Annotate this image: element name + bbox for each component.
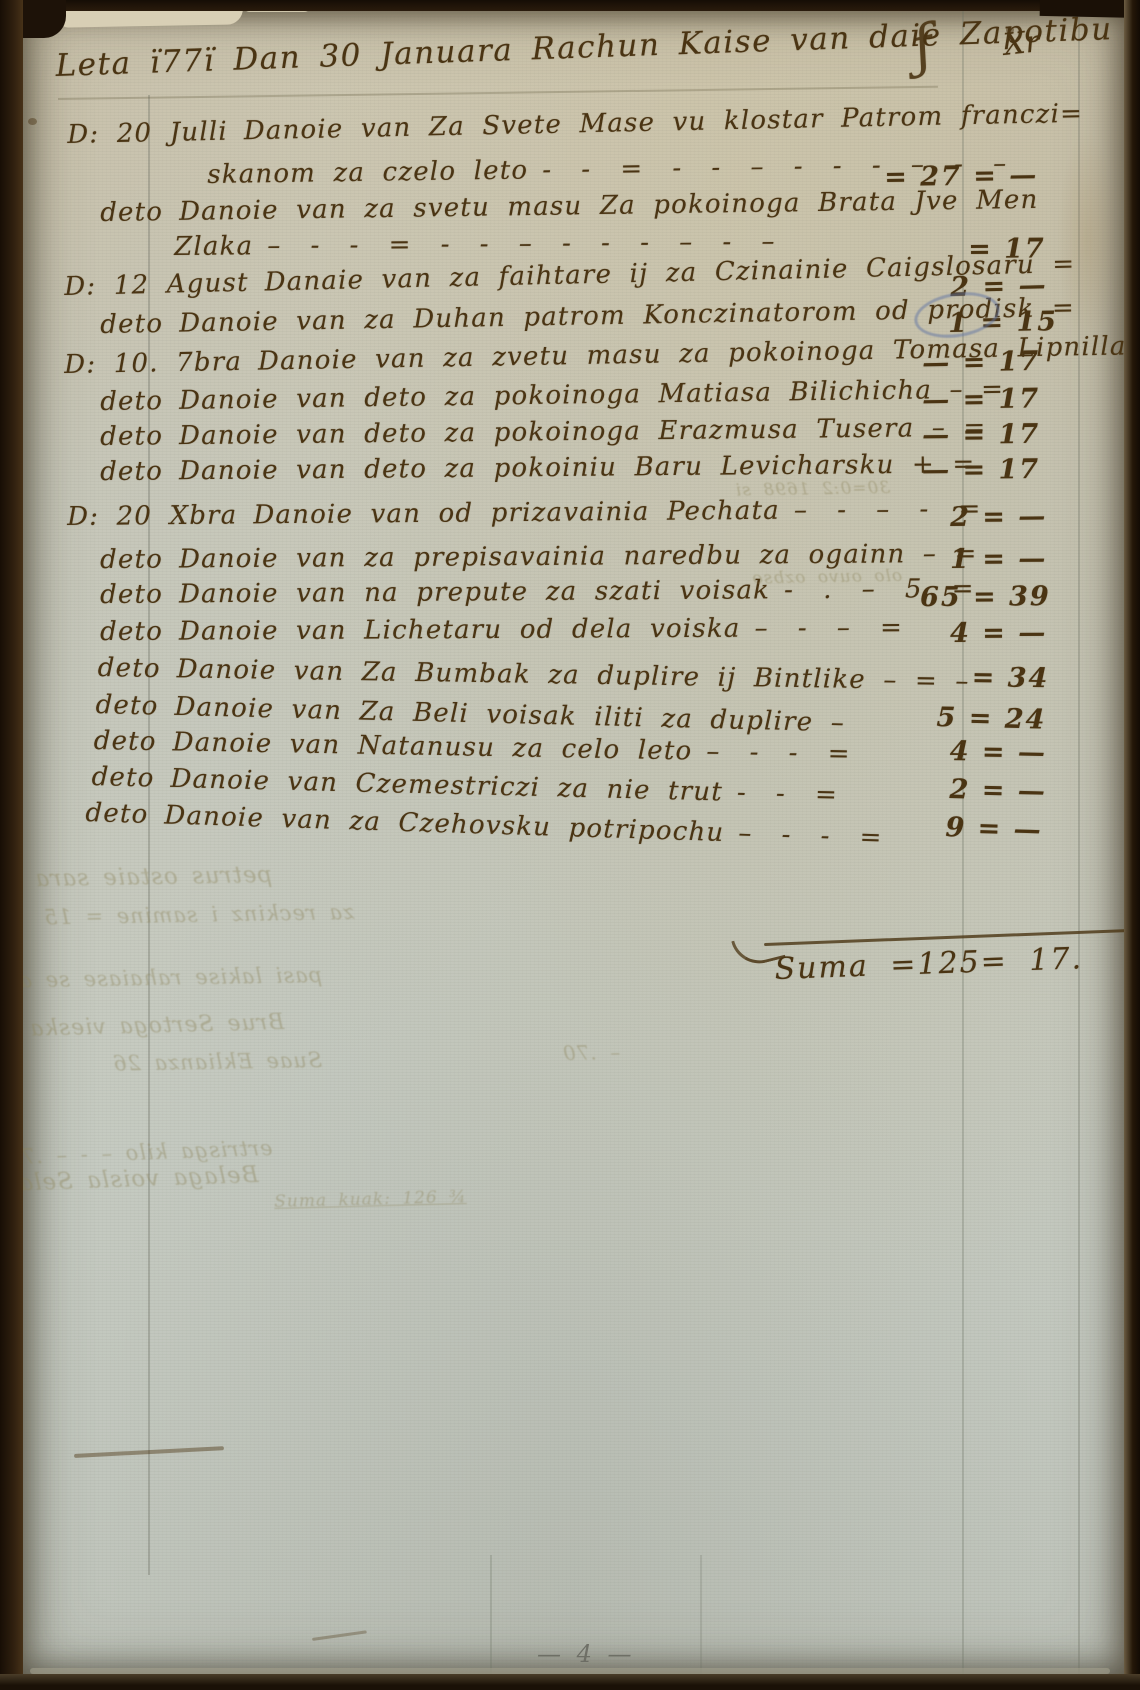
entry-amount: — = 17 (922, 419, 1040, 451)
entry-date: deto (91, 762, 155, 794)
ghost-bleedthrough-text: olo ouvo ozbso (751, 566, 902, 589)
ledger-entries: D: 20 JulliDanoie van Za Svete Mase vu k… (22, 10, 1126, 1676)
entry-text: Danoie van deto za pokoinoga Erazmusa Tu… (179, 413, 987, 451)
entry-text: Danoie van na prepute za szati voisak (179, 575, 770, 609)
entry-date: D: 20 Xbra (67, 501, 238, 532)
manuscript-scan: Leta ï77ï Dan 30 Januara Rachun Kaise va… (0, 0, 1140, 1690)
ledger-line: detoDanoie van za svetu masu Za pokoinog… (100, 185, 1039, 228)
entry-date: deto (100, 197, 163, 228)
ledger-line: D: 20 JulliDanoie van Za Svete Mase vu k… (67, 99, 1083, 150)
entry-text: Danoie van za Czehovsku potripochu (164, 800, 725, 848)
entry-text: Danoie van Za Bumbak za duplire ij Bintl… (176, 654, 969, 696)
entry-amount: 4 = — (949, 736, 1047, 769)
entry-date: deto (85, 798, 149, 830)
ledger-line: D: 20 XbraDanoie van od prizavainia Pech… (67, 494, 987, 532)
page-edge-bottom (0, 1674, 1140, 1690)
entry-date: deto (100, 421, 163, 452)
entry-amount: 1 = — (950, 543, 1047, 575)
entry-amount: — = 17 (922, 383, 1040, 416)
sum-label: Suma (774, 949, 869, 987)
entry-date: deto (100, 617, 163, 647)
entry-date: deto (100, 386, 163, 417)
entry-date: deto (100, 456, 163, 487)
entry-amount: 65 = 39 (920, 581, 1051, 613)
entry-date: deto (93, 726, 156, 757)
entry-text: Danoie van Za Svete Mase vu klostar Patr… (244, 99, 1084, 147)
ledger-line: detoDanoie van deto za pokoinoga Erazmus… (100, 413, 987, 452)
entry-dashes: – - – = (754, 613, 909, 644)
entry-text: Danoie van od prizavainia Pechata (253, 496, 780, 531)
entry-text: Danoie van Lichetaru od dela voiska (179, 614, 741, 647)
ledger-line: detoDanoie van Za Bumbak za duplire ij B… (98, 653, 970, 697)
entry-text: Danoie van za svetu masu Za pokoinoga Br… (179, 185, 1039, 227)
entry-date: deto (100, 580, 163, 610)
entry-date: D: 10. 7bra (64, 347, 242, 380)
entry-amount: 9 = — (945, 812, 1043, 846)
entry-dashes: – - - = - - – - - - – - – (267, 227, 781, 261)
entry-dashes: - - = (737, 778, 845, 811)
ghost-bleedthrough-text: za reckinz i samine = 15 (43, 900, 355, 929)
entry-amount: 5 = 24 (936, 702, 1047, 736)
entry-amount: 2 = — (950, 501, 1047, 533)
ghost-bleedthrough-text: Suma kuak: 126 ¾ (274, 1187, 467, 1212)
entry-dashes: – - - = (706, 737, 857, 770)
entry-text: Danoie van Czemestriczi za nie trut (170, 764, 723, 807)
ghost-bleedthrough-text: – .70 (562, 1040, 621, 1065)
ghost-bleedthrough-text: 30=0:2 1698 si (735, 478, 891, 501)
entry-text: skanom za czelo leto (207, 156, 528, 190)
entry-text: Zlaka (174, 231, 253, 262)
ghost-bleedthrough-text: Brue Sertoga vieska ni Eknoga kuak. 44i (22, 1010, 285, 1049)
entry-date: deto (100, 545, 163, 575)
page-number: — 4 — (537, 1640, 636, 1668)
entry-amount: 2 = — (949, 774, 1047, 807)
ghost-bleedthrough-text: pasi lakise rahaiase se a rosila ministr… (22, 963, 322, 995)
ghost-bleedthrough-text: petrus ostaie sara ii klaise va fakeri g… (22, 862, 272, 898)
ghost-bleedthrough-text: Belaga voisla Selanoga kuak . 6 ¾ (22, 1162, 259, 1204)
page-edge-right (1124, 0, 1140, 1690)
entry-amount: 4 = — (950, 617, 1047, 649)
entry-date: deto (95, 690, 159, 722)
entry-text: Danoie van deto za pokoinoga Matiasa Bil… (179, 374, 1004, 416)
ledger-line: detoDanoie van Lichetaru od dela voiska–… (100, 613, 909, 647)
paper-page: Leta ï77ï Dan 30 Januara Rachun Kaise va… (22, 10, 1126, 1676)
ledger-line: Zlaka– - - = - - – - - - – - – (174, 227, 782, 262)
entry-date: deto (98, 653, 161, 684)
entry-dashes: – - - = (738, 819, 889, 854)
entry-amount: = 34 (972, 662, 1050, 694)
page-edge-left (0, 0, 23, 1690)
ledger-line: detoDanoie van deto za pokoinoga Matiasa… (100, 374, 1004, 417)
entry-text: Danoie van Natanusu za celo leto (172, 727, 692, 766)
entry-date: deto (100, 309, 163, 340)
entry-date: D: 20 Julli (67, 117, 228, 150)
sum-value: =125= 17. (890, 941, 1084, 983)
ghost-bleedthrough-text: Suae Eklianza 26 (112, 1048, 322, 1076)
entry-date: D: 12 Agust (64, 268, 249, 302)
entry-amount: — = 17 (922, 454, 1040, 486)
